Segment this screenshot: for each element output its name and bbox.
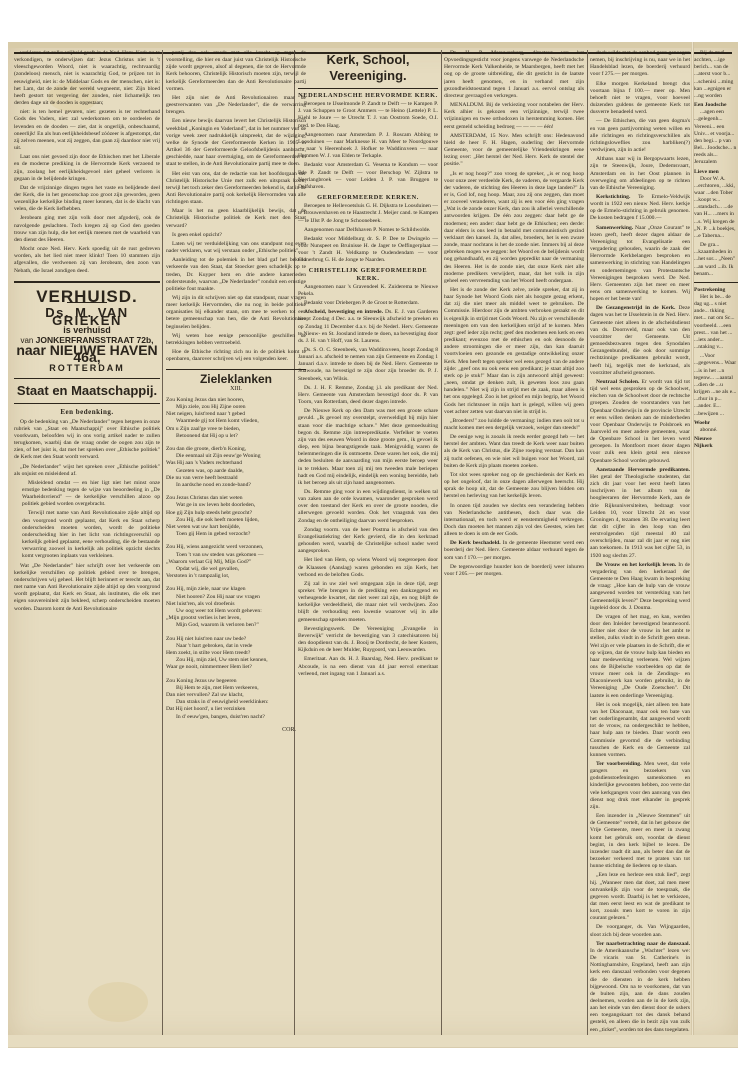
column-4: Dr. H. P. Meeuwenberg, directeur van het…: [444, 50, 584, 1040]
article-subheading: Een bedenking.: [14, 409, 160, 416]
article-paragraph: Dat de vrijzinnige dingen tegen het vast…: [14, 185, 160, 214]
article-paragraph: De gra... ...kzaamheden in ...het sor...…: [694, 242, 738, 278]
poem-line: Betoonend dat Hij op u let?: [166, 433, 306, 440]
poem-line: Zou dan die groote, dierb'n Koning,: [166, 446, 306, 453]
poem-body: Zou Koning Jezus dan niet hooren,Mijn zi…: [166, 397, 306, 721]
article-paragraph: Misleidend omdat — en hier ligt niet het…: [14, 480, 160, 509]
poem-line: Zou Hij, wiens aangezicht werd verzonnen…: [166, 544, 306, 551]
article-paragraph: Bij de muf... acchten, ...ige berich... …: [694, 50, 738, 100]
paragraph-label: De Vrouw en het kerkelijk leven.: [596, 562, 676, 568]
poem-line: Zou Hij niet luist'ren naar uw bede?: [166, 636, 306, 643]
ad-headline: VERHUISD.: [14, 293, 160, 300]
poem-stanza: Zou Hij, wiens aangezicht werd verzonnen…: [166, 544, 306, 580]
paragraph-label: Afscheid, bevestiging en intrede.: [304, 309, 383, 315]
poem-signature: COR.: [166, 727, 306, 734]
poem-line: Zou Hij, die ook heeft moeten lijden,: [166, 517, 306, 524]
poem-title: Zieleklanken: [166, 376, 306, 383]
newspaper-page: verklaren dat zulks vrijheid geeft in de…: [8, 42, 738, 1042]
article-paragraph: ...agen een ...gelegenh... Vereeni... ee…: [694, 109, 738, 166]
article-paragraph: Maar is het nu geen klaarblijkelijk bewi…: [166, 208, 306, 229]
ad-name: Ds. M. VAN GRIEKEN: [14, 309, 160, 323]
paragraph-label: Postrekening: [694, 287, 738, 294]
poem-line: Naar 't hart gebroken, dat in vrede: [166, 643, 306, 650]
article-paragraph: Terwijl met name van Anti Revolutionaire…: [14, 510, 160, 560]
paragraph-text: Deze dagen was het te IJsselstein in de …: [590, 305, 690, 375]
article-paragraph: Zondag voorm. van de heer Postma is afsc…: [298, 527, 438, 556]
column-1: verklaren dat zulks vrijheid geeft in de…: [14, 50, 160, 1040]
poem-line: Niet neigen, luist'rend naar 't gebed: [166, 411, 306, 418]
article-paragraph: Samenwerking. Naar „Onze Courant" te lez…: [590, 225, 690, 304]
poem-line: Dat Hij niet hoord', u liet verzinken: [166, 706, 306, 713]
poem-line: Verstoten in 't rampzalig lot,: [166, 573, 306, 580]
poem-number: XIII.: [166, 386, 306, 393]
ad-to-prefix: naar: [16, 342, 46, 358]
article-paragraph: Het lied van Hem, op wiens Woord wij toe…: [298, 557, 438, 578]
article-paragraph: Jerobeam ging met zijn volk door met afg…: [14, 215, 160, 244]
article-paragraph: Wij weten hoe eenige persoonlijke geschi…: [166, 333, 306, 347]
article-paragraph: Is geen enkel opzicht?: [166, 232, 306, 239]
paragraph-label: Lieve men: [694, 169, 738, 176]
paragraph-label: De Kerk beschadeld.: [450, 540, 501, 546]
article-paragraph: Zij zal in uw ziel wel omgegaan zijn in …: [298, 581, 438, 624]
paragraph-text: In de vergadering van den kerkeraad der …: [590, 562, 690, 611]
poem-line: In d' eeuw'gen, bangen, duist'ren nacht?: [166, 714, 306, 721]
column-6-partial: Bij de muf... acchten, ...ige berich... …: [694, 50, 738, 1040]
paragraph-text: Er wordt van tijd tot tijd wel eens gesp…: [590, 379, 690, 464]
poem-line: Mijn ziele, zou Hij Zijne ooren: [166, 404, 306, 411]
article-paragraph: Wat „De Nederlander" hier schrijft over …: [14, 563, 160, 613]
poem-line: Die nu van verre heeft bestraald: [166, 475, 306, 482]
article-paragraph: De eenige weg is zooals ik reeds eerder …: [444, 434, 584, 470]
poem-line: Niet luist'ren, als vol droefenis: [166, 601, 306, 608]
poem-line: Die eenmaal uit Zijn eeuw'ge Woning: [166, 453, 306, 460]
article-paragraph: Laat ons niet gevoed zijn door de Ethisc…: [14, 154, 160, 183]
column-rule: [587, 50, 588, 1040]
paragraph-text: Naar „Onze Courant" te lezen geeft, heef…: [590, 225, 690, 303]
poem-line: Opdat wij, die wel gevallen,: [166, 566, 306, 573]
article-paragraph: Althans naar wij in Bergopwaarts lezen, …: [590, 156, 690, 192]
paragraph-label: De Gezangenstrijd in de Kerk.: [596, 305, 675, 311]
article-paragraph: Ds. Remme ging voor in een wijdingsdiens…: [298, 489, 438, 525]
article-paragraph: doch wilde met de aanbod geen genoegen n…: [590, 50, 690, 79]
paragraph-label: Ter naarbetrachting naar de danszaal.: [596, 941, 690, 947]
article-paragraph: De voorganger, ds. Van Wijngaarden, sloo…: [590, 924, 690, 938]
poem-stanza: Zou Hij, mijn ziele, naar uw klagenNiet …: [166, 586, 306, 629]
article-paragraph: Tot slot wees spreker nog op de geschied…: [444, 472, 584, 501]
article-paragraph: Het is be... de dag ug... s niet ande...…: [694, 294, 738, 351]
article-paragraph: AMSTERDAM, 15 Nov. Men schrijft ons: Hed…: [444, 133, 584, 169]
paragraph-label: Samenwerking.: [596, 225, 633, 231]
paragraph-label: Ter voorbereiding.: [596, 761, 641, 767]
poem-line: „Waarom verlaat Gij Mij, Mijn God?": [166, 559, 306, 566]
poem-line: Was Hij aan 's Vaders rechterhand: [166, 460, 306, 467]
paragraph-label: Woehr: [694, 420, 738, 427]
section-title-kerk: Kerk, School, Vereeniging.: [298, 50, 438, 89]
article-paragraph: Het is ook mogelijk, niet alleen ten bat…: [590, 702, 690, 759]
article-paragraph: verklaren dat zulks vrijheid geeft in de…: [14, 50, 160, 107]
poem-line: Hem zoekt, in stilte voor Hem treedt?: [166, 650, 306, 657]
ad-line: is verhuisd: [14, 327, 160, 334]
article-paragraph: abonné.: [694, 427, 738, 434]
paragraph-label: Nieuwe: [694, 436, 738, 443]
paragraph-text: Het getal der Theologische studenten, da…: [590, 474, 690, 559]
article-paragraph: Een nieuw bewijs daarvan levert het Chri…: [166, 118, 306, 168]
paragraph-label: Nijkerk: [694, 443, 738, 450]
poem-line: Niet weten wat uw hart benijdde,: [166, 524, 306, 531]
poem-line: Bij Hem te zijn, met Hem verkeeren,: [166, 685, 306, 692]
church-heading: GEREFORMEERDE KERKEN.: [298, 194, 438, 201]
paragraph-label: Aanstaande Hervormde predikanten.: [596, 467, 690, 473]
article-paragraph: Het zijn niet de Anti Revolutionairen ma…: [166, 95, 306, 116]
poem-stanza: Zou Hij niet luist'ren naar uw bede?Naar…: [166, 636, 306, 672]
article-paragraph: ...Voor ...gegevens... Waar ...is in het…: [694, 353, 738, 417]
article-paragraph: Bedankt voor Middelburg dr. S. P. Dee te…: [298, 236, 438, 265]
article-paragraph: „Broeders!" zoo luidde de vermaning: ind…: [444, 418, 584, 432]
article-paragraph: Aangenomen naar Delfshaven P. Nomes te S…: [298, 227, 438, 234]
article-paragraph: „Is er nog hoop?" zoo vroeg de spreker, …: [444, 171, 584, 286]
article-paragraph: Beroepen te Hellevoetsluis G. H. Dijkstr…: [298, 203, 438, 224]
article-paragraph: Kerkstichting. Te Ermelo-Veldwijk wordt …: [590, 194, 690, 223]
church-heading: NEDERLANDSCHE HERVORMDE KERK.: [298, 92, 438, 99]
article-paragraph: Afscheid, bevestiging en intrede. Ds. E.…: [298, 309, 438, 345]
article-paragraph: Neutraal Scholen. Er wordt van tijd tot …: [590, 379, 690, 465]
poem-line: Toen 't van uw steden was gekomen —: [166, 552, 306, 559]
article-paragraph: Een inzender in „Nieuwe Stemmen" uit de …: [590, 813, 690, 870]
torn-bottom-edge: [8, 1035, 738, 1048]
section-divider: [694, 282, 738, 283]
article-paragraph: Laten wij ter verduidelijking van ons st…: [166, 241, 306, 255]
poem-line: Waarmede gij tot Hem komt vlieden,: [166, 418, 306, 425]
ad-to-address: naar NIEUWE HAVEN 46a,: [14, 347, 160, 361]
moving-announcement: VERHUISD. Ds. M. VAN GRIEKEN is verhuisd…: [14, 281, 160, 373]
column-3: Kerk, School, Vereeniging. NEDERLANDSCHE…: [298, 50, 438, 1040]
article-paragraph: De Kerk beschadeld. In de gemeente Heems…: [444, 540, 584, 561]
article-paragraph: De Gezangenstrijd in de Kerk. Deze dagen…: [590, 305, 690, 377]
poem-line: Hoe gij Zijn hulp steeds hebt gezocht?: [166, 510, 306, 517]
article-paragraph: Ds. S. O. C. Steenbeek, van Waddinxveen,…: [298, 347, 438, 383]
article-paragraph: Aanleiding tot de polemiek in het blad g…: [166, 257, 306, 293]
paragraph-label: Kerkstichting.: [596, 194, 630, 200]
article-paragraph: Emeritaat. Aan ds. H. J. Baarslag, Ned. …: [298, 656, 438, 677]
article-paragraph: Door W. A. ...erchtoren, ...kki, waar ..…: [694, 176, 738, 240]
paragraph-label: Een Joodsche: [694, 102, 738, 109]
poem-line: Gezeten was, op aarde daalde,: [166, 468, 306, 475]
poem-stanza: Zou Koning Jezus dan niet hooren,Mijn zi…: [166, 397, 306, 440]
article-paragraph: Aangenomen naar Amsterdam P. J. Roscam A…: [298, 132, 438, 161]
article-paragraph: Bevestigingswerk. De Vereeniging „Evange…: [298, 626, 438, 655]
paragraph-text: In de Amerikaansche „Wachter" lezen we: …: [590, 948, 690, 1033]
column-2: partij dan ook steeds met alle kracht op…: [166, 50, 306, 1040]
paragraph-text: Men weet, dat vele gangers en bezoekers …: [590, 761, 690, 810]
article-paragraph: Op de bedenking van „De Nederlander" teg…: [14, 419, 160, 462]
article-paragraph: niet: is ten hemel gevaren, niet: gezete…: [14, 109, 160, 152]
article-paragraph: Wij zijn in dit schrijven niet op dat st…: [166, 295, 306, 331]
church-heading: CHRISTELIJK GEREFORMEERDE KERK.: [298, 267, 438, 281]
article-paragraph: Aangenomen naar 's Gravendeel K. Zuidere…: [298, 284, 438, 298]
poem-line: In aardsche nood en zonde-band?: [166, 482, 306, 489]
poem-line: Waar ge nooit, nimmermeer Hem liet?: [166, 664, 306, 671]
article-paragraph: Het is de zonde der Kerk zelve, zeide sp…: [444, 287, 584, 416]
article-paragraph: Aanstaande Hervormde predikanten. Het ge…: [590, 467, 690, 560]
article-paragraph: „Een leze en herleze een stuk lied", zeg…: [590, 872, 690, 922]
poem-stanza: Zou dan die groote, dierb'n Koning,Die e…: [166, 446, 306, 489]
article-paragraph: In onzen tijd zouden we slechts een vera…: [444, 503, 584, 539]
article-paragraph: Bedankt voor Driebergen P. de Groot te R…: [298, 300, 438, 307]
article-paragraph: partij dan ook steeds met alle kracht op…: [166, 50, 306, 93]
article-paragraph: „De Nederlander" wijst het spreken over …: [14, 464, 160, 478]
article-paragraph: Dr. H. P. Meeuwenberg, directeur van het…: [444, 50, 584, 100]
poem-line: Zou Koning Jezus dan niet hooren,: [166, 397, 306, 404]
poem-line: Dan straks in d' eeuwigheid weerklinken:: [166, 699, 306, 706]
poem-line: Zou Hij, mijn ziel, Uw stem niet kennen,: [166, 657, 306, 664]
poem-line: Dan niet vervullen? Zal uw klacht,: [166, 692, 306, 699]
article-paragraph: Beroepen te IJsselmonde P. Zandt te Delf…: [298, 101, 438, 130]
poem-line: Zou Jezus Christus dan niet weten: [166, 495, 306, 502]
article-paragraph: Hoe de Ethische richting zich nu in de p…: [166, 349, 306, 363]
poem-line: Wat ge in uw leven hebt doorleden,: [166, 502, 306, 509]
paragraph-label: Neutraal Scholen.: [596, 379, 639, 385]
article-paragraph: De tegenwoordige huurder kon de boerderi…: [444, 564, 584, 578]
ad-city: ROTTERDAM: [14, 365, 160, 372]
article-paragraph: — De Ethischen, die van geen dogma's en …: [590, 118, 690, 154]
article-paragraph: Bedankt voor Amsterdam G. Vesema te Kond…: [298, 162, 438, 191]
article-paragraph: De Nieuwe Kerk op den Dam was met een gr…: [298, 408, 438, 487]
article-paragraph: Mocht onze Ned. Herv. Kerk spoedig uit d…: [14, 246, 160, 275]
article-paragraph: De Vrouw en het kerkelijk leven. In de v…: [590, 562, 690, 612]
section-title-staat: Staat en Maatschappij.: [14, 378, 160, 404]
article-paragraph: De vragen of het mag, en kan, werden doo…: [590, 614, 690, 700]
article-paragraph: Het eist van ons, dat de redactie van he…: [166, 171, 306, 207]
poem-stanza: Zou Koning Jezus uw begeerenBij Hem te z…: [166, 678, 306, 721]
column-5: doch wilde met de aanbod geen genoegen n…: [590, 50, 690, 1040]
article-paragraph: Ter naarbetrachting naar de danszaal. In…: [590, 941, 690, 1034]
poem-line: Toen gij Hem in gebed verzocht?: [166, 531, 306, 538]
ad-to-street: NIEUWE HAVEN 46a,: [50, 342, 158, 365]
poem-line: Uw oog weer tot Hem wordt geheven:: [166, 608, 306, 615]
column-rule: [441, 50, 442, 1040]
poem-line: Mijn God, waarom ik verloren ben?": [166, 622, 306, 629]
poem-line: „Mijn grootst verlies is het leven,: [166, 615, 306, 622]
poem-line: Zou Koning Jezus uw begeeren: [166, 678, 306, 685]
article-paragraph: MENALDUM. Bij de verkiezing voor notabel…: [444, 102, 584, 131]
section-divider: [166, 369, 306, 370]
poem-stanza: Zou Jezus Christus dan niet wetenWat ge …: [166, 495, 306, 538]
article-paragraph: Elke morgen Kerkeland brengt dus voortaa…: [590, 81, 690, 117]
article-paragraph: Ds. J. H. F. Remme, Zondag j.l. als pred…: [298, 385, 438, 406]
poem-line: Om u Zijn zaal'ge vree te bieden,: [166, 426, 306, 433]
poem-line: Niet hooren? Zou Hij naar uw vragen: [166, 594, 306, 601]
poem-line: Zou Hij, mijn ziele, naar uw klagen: [166, 586, 306, 593]
column-rule: [162, 50, 163, 1040]
article-paragraph: Ter voorbereiding. Men weet, dat vele ga…: [590, 761, 690, 811]
